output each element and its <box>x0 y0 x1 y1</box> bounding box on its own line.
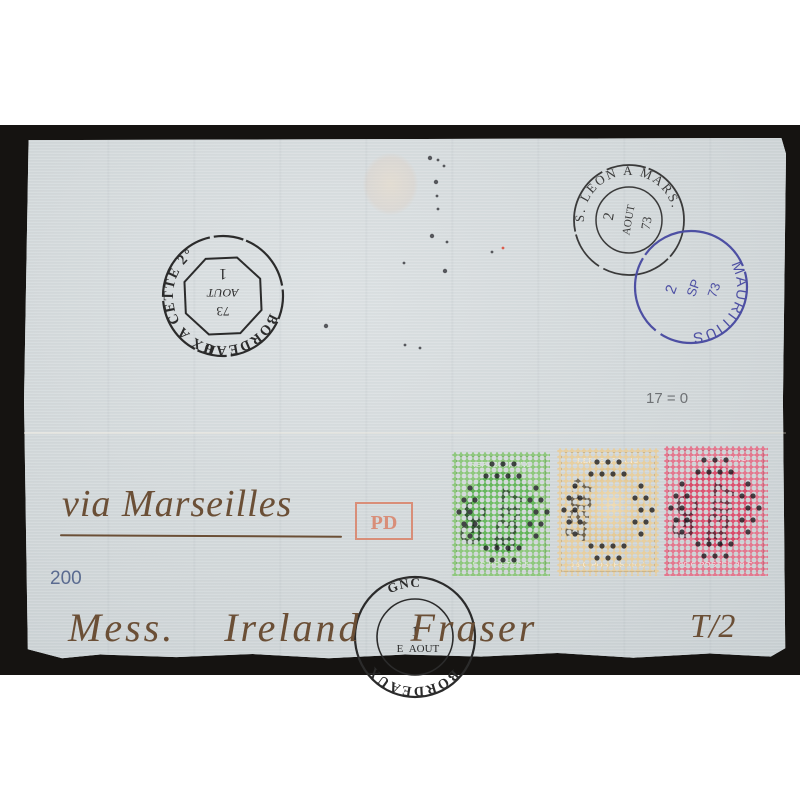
svg-text:2: 2 <box>601 211 618 221</box>
postmark-mauritius: MAURITIUS 2 SP 73 <box>632 228 750 346</box>
pencil-note-17: 17 = 0 <box>646 390 688 407</box>
address-line: Mess. Ireland Fraser <box>68 604 537 651</box>
svg-text:73: 73 <box>217 304 230 319</box>
address-suffix: T/2 <box>690 608 735 646</box>
pencil-note-200: 200 <box>50 568 82 590</box>
stamp-green-5c: REPUB. FRANC GC 3337 5 C POSTES 5 <box>452 452 550 576</box>
pd-handstamp: PD <box>355 502 413 540</box>
svg-text:1: 1 <box>219 265 227 282</box>
svg-text:AOUT: AOUT <box>206 286 240 300</box>
paper-stain <box>363 153 418 215</box>
stamp-rose-80c: REPUB. FRANC GC 3307 80 C POSTES 80 C <box>664 446 768 576</box>
svg-text:2: 2 <box>662 283 681 297</box>
postmark-bordeaux-octagonal: BORDEAUX A CETTE 2° 73 AOUT 1 H <box>160 233 286 359</box>
svg-text:73: 73 <box>704 281 723 300</box>
fold-line <box>24 432 786 434</box>
routing-instruction: via Marseilles <box>62 482 292 526</box>
svg-text:SP: SP <box>683 277 703 298</box>
stamp-bistre-15c: REPUB. FRANC 1307 15 C POSTES 15 C <box>557 448 659 576</box>
